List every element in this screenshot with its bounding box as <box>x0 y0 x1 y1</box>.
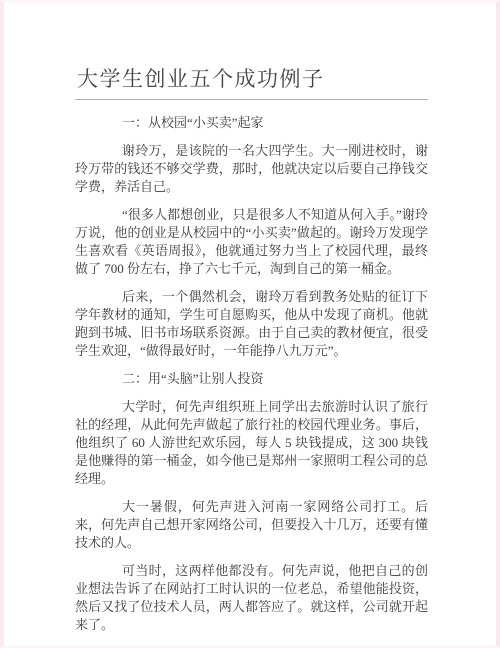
section-2-paragraph-3: 可当时，这两样他都没有。何先声说，他把自己的创业想法告诉了在网站打工时认识的一位… <box>75 562 428 634</box>
title-underline-rule <box>75 99 428 100</box>
section-2-paragraph-1: 大学时，何先声组织班上同学出去旅游时认识了旅行社的经理，从此何先声做起了旅行社的… <box>75 398 428 488</box>
section-2-heading: 二：用“头脑”让别人投资 <box>75 370 428 388</box>
section-1-heading: 一：从校园“小买卖”起家 <box>75 114 428 132</box>
document-title: 大学生创业五个成功例子 <box>77 65 428 93</box>
section-1-paragraph-1: 谢玲万，是该院的一名大四学生。大一刚进校时，谢玲万带的钱还不够交学费，那时，他就… <box>75 142 428 196</box>
section-1-paragraph-2: “很多人都想创业，只是很多人不知道从何入手。”谢玲万说，他的创业是从校园中的“小… <box>75 206 428 278</box>
section-2-paragraph-2: 大一暑假，何先声进入河南一家网络公司打工。后来，何先声自己想开家网络公司，但要投… <box>75 498 428 552</box>
document-page: 大学生创业五个成功例子 一：从校园“小买卖”起家 谢玲万，是该院的一名大四学生。… <box>0 0 500 648</box>
section-1-paragraph-3: 后来，一个偶然机会，谢玲万看到教务处贴的征订下学年教材的通知，学生可自愿购买，他… <box>75 288 428 360</box>
document-body: 一：从校园“小买卖”起家 谢玲万，是该院的一名大四学生。大一刚进校时，谢玲万带的… <box>75 114 428 634</box>
